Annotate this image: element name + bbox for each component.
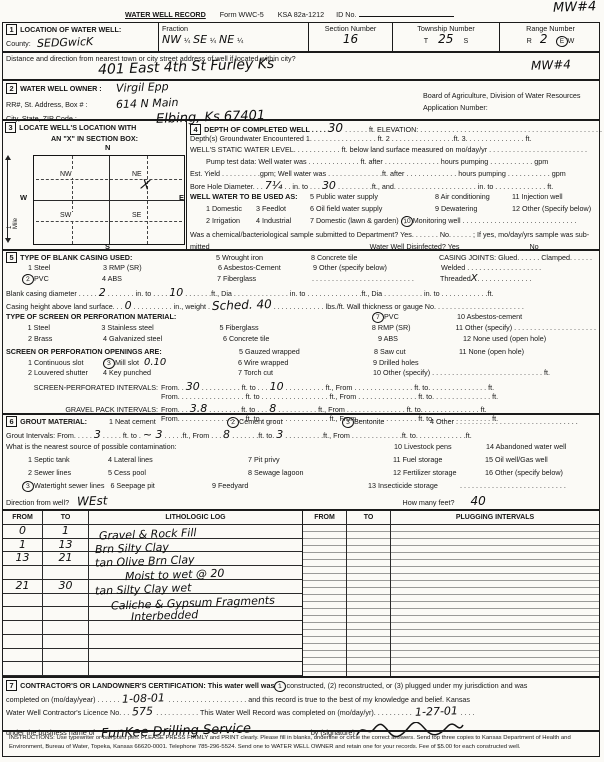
range-w: W <box>568 36 575 45</box>
section-map-box: 3LOCATE WELL'S LOCATION WITH AN "X" IN S… <box>3 121 187 249</box>
log-to <box>43 566 89 580</box>
grout-option-bentonite: Bentonite <box>354 417 384 426</box>
contamination-option: 14 Abandoned water well <box>486 442 596 451</box>
casing-diameter-label: Blank casing diameter . . . . . <box>6 289 97 298</box>
est-yield-line: Est. Yield . . . . . . . . . .gpm; Well … <box>190 169 566 178</box>
dotted-leader: . . . . .ft., From . . . <box>165 431 222 440</box>
contamination-option: 13 Insecticide storage <box>368 481 460 490</box>
grout-to-2: 3 <box>276 429 283 440</box>
grout-to-1: ~ 3 <box>143 429 163 440</box>
screen-interval-to-value: 10 <box>270 381 284 392</box>
casing-joints-label: CASING JOINTS: Glued. . . . . . Clamped.… <box>439 253 596 262</box>
quadrant-se: SE <box>130 212 143 219</box>
screen-option: 6 Concrete tile <box>223 334 378 343</box>
use-option: 8 Air conditioning <box>435 192 512 201</box>
dotted-leader: . . . . . ft. to . <box>103 431 141 440</box>
form-number: Form WWC-5 <box>220 10 264 19</box>
licence-label: Water Well Contractor's Licence No. . . <box>6 708 129 717</box>
grout-from-1: 3 <box>94 429 101 440</box>
owner-name-value: Virgil Epp <box>116 81 169 94</box>
use-option: 11 Injection well <box>512 192 596 201</box>
log-desc <box>89 621 302 635</box>
quadrant-nw: NW <box>58 171 74 178</box>
grout-intervals-label: Grout Intervals: From. . . . . <box>6 431 92 440</box>
certification-text: constructed, (2) reconstructed, or (3) p… <box>286 681 527 690</box>
screen-option: 1 Steel <box>28 323 102 332</box>
dotted-leader: . . . . . . . . . . . . . . . . . . . . … <box>312 274 440 283</box>
opening-option-mill-slot: Mill slot <box>115 358 139 367</box>
grid-dashed-line <box>36 179 182 180</box>
casing-option: 9 Other (specify below) <box>313 263 441 272</box>
one-mile-label: 1 Mile <box>7 218 19 229</box>
section-number-value: 16 <box>343 33 358 45</box>
grout-title: GROUT MATERIAL: <box>20 417 87 426</box>
depth-info-box: 4DEPTH OF COMPLETED WELL . . . .30. . . … <box>187 121 599 255</box>
dotted-leader: . . . . . . . . . . . . . . <box>478 274 532 283</box>
log-from <box>3 621 43 635</box>
use-option: 7 Domestic (lawn & garden) <box>310 216 399 225</box>
county-label: County: <box>6 39 31 48</box>
owner-address-label: RR#, St. Address, Box # : <box>6 100 116 109</box>
compass-w: W <box>20 193 27 202</box>
range-cell: Range Number R2EW <box>500 23 601 51</box>
contamination-option: 16 Other (specify below) <box>485 468 596 477</box>
use-option-monitoring-well: Monitoring well . . . . . . . . . . . . … <box>413 216 577 225</box>
threaded-x-mark: X <box>471 274 478 284</box>
grout-option-3-circled: 3 <box>342 417 355 429</box>
screen-option: 8 RMP (SR) <box>372 323 456 332</box>
dotted-leader: . . . . . . . . . .ft., From . . . . . .… <box>285 431 472 440</box>
section-7-number: 7 <box>6 680 17 691</box>
opening-option: 1 Continuous slot <box>28 358 103 367</box>
section-2-number: 2 <box>6 83 17 94</box>
contamination-option: 6 Seepage pit <box>110 481 154 490</box>
fraction-label: Fraction <box>162 24 188 33</box>
contamination-option: 9 Feedyard <box>178 481 338 490</box>
address-line-section: Distance and direction from nearest town… <box>2 52 600 80</box>
log-from <box>3 649 43 663</box>
contamination-option: 12 Fertilizer storage <box>393 468 485 477</box>
use-option: 4 Industrial <box>256 216 296 225</box>
gravel-interval-from-value: 3.8 <box>190 403 208 414</box>
static-water-line: WELL'S STATIC WATER LEVEL. . . . . . . .… <box>190 145 587 154</box>
grid-dashed-line <box>147 156 148 244</box>
opening-option: 7 Torch cut <box>238 368 373 377</box>
log-to <box>43 662 89 676</box>
log-from <box>3 662 43 676</box>
screen-option: 5 Fiberglass <box>219 323 371 332</box>
contamination-option-3-circled: 3 <box>22 481 35 493</box>
dotted-leader: . . . . . . .ft. to. <box>232 431 274 440</box>
screen-option: 10 Asbestos-cement <box>457 312 596 321</box>
range-label: Range Number <box>526 24 575 33</box>
casing-joint-threaded: Threaded <box>440 274 471 283</box>
plug-to-column <box>347 525 391 676</box>
dotted-leader: . . . . . . .ft., Dia . . . . . . . . . … <box>185 289 493 298</box>
casing-option: 7 Fiberglass <box>217 274 312 283</box>
screen-option: 3 Stainless steel <box>101 323 219 332</box>
contamination-option: 15 Oil well/Gas well <box>485 455 596 464</box>
dotted-leader: From. . <box>161 383 184 392</box>
opening-option: 10 Other (specify) . . . . . . . . . . .… <box>373 368 596 377</box>
log-to: 1 <box>43 525 89 539</box>
section-grid-box: NW NE SW SE X <box>33 155 185 245</box>
contamination-option: 8 Sewage lagoon <box>248 468 393 477</box>
log-to: 21 <box>43 552 89 566</box>
quarter-mark: ¼ <box>184 36 190 45</box>
compass-n: N <box>105 143 110 152</box>
grout-option: 1 Neat cement <box>109 417 227 426</box>
log-header-to: TO <box>43 511 89 525</box>
instructions-line-2: Environment, Bureau of Water, Topeka, Ka… <box>9 743 593 752</box>
section-3-number: 3 <box>5 122 16 133</box>
dotted-leader: From. . . <box>161 405 188 414</box>
township-s: S <box>463 36 468 45</box>
casing-option: 6 Asbestos-Cement <box>218 263 313 272</box>
contamination-option: 5 Cess pool <box>108 468 248 477</box>
fraction-1: NW <box>162 34 181 45</box>
lithologic-log-left: FROM TO LITHOLOGIC LOG 0 1 Gravel & Rock… <box>3 511 303 676</box>
use-option: 2 Irrigation <box>206 216 256 225</box>
grout-option-cement: Cement grout <box>239 417 283 426</box>
log-to <box>43 635 89 649</box>
opening-option: 6 Wire wrapped <box>238 358 373 367</box>
screen-intervals-label: SCREEN-PERFORATED INTERVALS: <box>6 383 161 392</box>
dotted-leader: . . . . . . . . . . . . . . . . . . . . … <box>460 481 596 490</box>
screen-material-title: TYPE OF SCREEN OR PERFORATION MATERIAL: <box>6 312 372 321</box>
id-number-blank <box>359 8 454 17</box>
log-to: 30 <box>43 580 89 594</box>
log-header-from: FROM <box>3 511 43 525</box>
dotted-leader: . . . . . . . . .ft., and. . . . . . . .… <box>338 182 553 191</box>
bore-diameter-value: 7¼ <box>265 180 283 191</box>
opening-option: 11 None (open hole) <box>459 347 596 356</box>
range-east-circled: E <box>555 36 568 48</box>
screen-option: 9 ABS <box>378 334 463 343</box>
grid-dashed-line <box>36 221 182 222</box>
pump-test-line: Pump test data: Well water was . . . . .… <box>206 157 548 166</box>
log-from: 1 <box>3 539 43 553</box>
grout-option-2-circled: 2 <box>227 417 240 429</box>
contamination-option: 1 Septic tank <box>28 455 108 464</box>
plugging-intervals-right: FROM TO PLUGGING INTERVALS <box>303 511 599 676</box>
owner-section: 2WATER WELL OWNER :Virgil Epp RR#, St. A… <box>2 80 600 120</box>
certification-section: 7CONTRACTOR'S OR LANDOWNER'S CERTIFICATI… <box>2 677 600 731</box>
feet-value: 40 <box>470 495 485 507</box>
casing-option: 4 ABS <box>102 274 217 283</box>
location-title: LOCATION OF WATER WELL: <box>20 25 121 34</box>
bore-hole-label: Bore Hole Diameter. . . <box>190 182 263 191</box>
opening-option: 8 Saw cut <box>374 347 459 356</box>
log-from: 0 <box>3 525 43 539</box>
well-location-x-mark: X <box>140 178 151 192</box>
log-from <box>3 594 43 608</box>
record-completed-label: . . . . . . . . . . . This Water Well Re… <box>156 708 412 717</box>
grout-from-2: 8 <box>223 429 230 440</box>
dotted-leader: . . . . . . . in. to . . . . <box>108 289 168 298</box>
depth-label: DEPTH OF COMPLETED WELL . . . . <box>204 125 326 134</box>
use-option: 1 Domestic <box>206 204 256 213</box>
contamination-option: 4 Lateral lines <box>108 455 248 464</box>
dotted-leader: . . . . . . . . . . ft. to . . . <box>202 383 268 392</box>
weight-label: . . . . . . . . . . in., weight . <box>134 302 210 311</box>
fraction-cell: Fraction NW¼ SE¼ NE¼ <box>159 23 309 51</box>
well-id-handwritten-top: MW#4 <box>553 0 597 15</box>
dotted-leader: . . . . . . . . . . ft., From . . . . . … <box>278 405 486 414</box>
direction-value: WEst <box>77 494 108 507</box>
log-desc <box>89 635 302 649</box>
dotted-leader: From. . . . . . . . . . . . . . . . . ft… <box>161 392 498 401</box>
range-value: 2 <box>540 33 548 45</box>
log-from <box>3 607 43 621</box>
record-date-value: 1-27-01 <box>415 705 458 717</box>
lithologic-log-table: FROM TO LITHOLOGIC LOG 0 1 Gravel & Rock… <box>2 510 600 677</box>
opening-option: 9 Drilled holes <box>373 358 596 367</box>
dotted-leader: . . in. to . . . <box>284 182 320 191</box>
log-from <box>3 635 43 649</box>
plug-intervals-column <box>391 525 599 676</box>
use-option: 12 Other (Specify below) <box>512 204 596 213</box>
certification-title: CONTRACTOR'S OR LANDOWNER'S CERTIFICATIO… <box>20 681 274 690</box>
screen-interval-from-value: 30 <box>186 381 200 392</box>
grout-option: 4 Other . . . . . . . . . . . . . . . . … <box>430 417 596 426</box>
casing-option-pvc: PVC <box>34 274 49 283</box>
grid-line <box>34 200 184 201</box>
grout-section: 6GROUT MATERIAL:1 Neat cement2Cement gro… <box>2 414 600 510</box>
use-option: 3 Feedlot <box>256 204 296 213</box>
use-option-10-circled: 10 <box>400 215 413 227</box>
licence-number-value: 575 <box>132 706 153 718</box>
log-to <box>43 621 89 635</box>
casing-option-2-circled: 2 <box>22 273 35 285</box>
ksa-reference: KSA 82a-1212 <box>278 10 324 19</box>
bore-depth-value: 30 <box>322 180 336 191</box>
elevation-label: . . . . . . ft. ELEVATION: . . . . . . .… <box>345 125 604 134</box>
log-from: 21 <box>3 580 43 594</box>
casing-joint-welded: Welded . . . . . . . . . . . . . . . . .… <box>441 263 596 272</box>
dotted-leader: . . . . . . . . . . . . . lbs./ft. Wall … <box>274 302 524 311</box>
casing-option: 5 Wrought iron <box>216 253 311 262</box>
township-t: T <box>424 36 428 45</box>
section-6-number: 6 <box>6 416 17 427</box>
contamination-option: 10 Livestock pens <box>394 442 486 451</box>
screen-option: 11 Other (specify) . . . . . . . . . . .… <box>456 323 596 332</box>
quadrant-sw: SW <box>58 212 73 219</box>
water-well-record-form: WATER WELL RECORD Form WWC-5 KSA 82a-121… <box>0 0 604 762</box>
groundwater-line: Depth(s) Groundwater Encountered 1. . . … <box>190 134 532 143</box>
used-as-title: WELL WATER TO BE USED AS: <box>190 192 310 201</box>
form-title: WATER WELL RECORD <box>125 10 206 19</box>
plug-header-to: TO <box>347 511 391 525</box>
opening-option: 2 Louvered shutter <box>28 368 103 377</box>
use-option: 9 Dewatering <box>435 204 512 213</box>
casing-title: TYPE OF BLANK CASING USED: <box>20 253 132 262</box>
casing-depth-value: 10 <box>169 287 183 298</box>
log-to <box>43 649 89 663</box>
log-to <box>43 594 89 608</box>
owner-address-value: 614 N Main <box>116 97 179 110</box>
map-and-depth-section: 3LOCATE WELL'S LOCATION WITH AN "X" IN S… <box>2 120 600 250</box>
completed-date-value: 1-08-01 <box>122 692 165 704</box>
screen-option: 2 Brass <box>28 334 103 343</box>
map-title-line2: AN "X" IN SECTION BOX: <box>51 134 138 143</box>
casing-section: 5TYPE OF BLANK CASING USED:5 Wrought iro… <box>2 250 600 414</box>
map-title-line1: LOCATE WELL'S LOCATION WITH <box>19 123 136 132</box>
screen-option: 4 Galvanized steel <box>103 334 223 343</box>
how-many-feet-label: How many feet? <box>403 498 455 507</box>
log-desc <box>89 662 302 676</box>
well-id-handwritten-addr: MW#4 <box>531 58 571 71</box>
form-header: WATER WELL RECORD Form WWC-5 KSA 82a-121… <box>125 8 454 19</box>
board-of-agriculture-text: Board of Agriculture, Division of Water … <box>423 91 581 100</box>
range-r: R <box>527 36 532 45</box>
agency-block: Board of Agriculture, Division of Water … <box>423 91 581 112</box>
completed-date-label: completed on (mo/day/year) . . . . . . <box>6 695 119 704</box>
casing-height-label: Casing height above land surface. . . <box>6 302 123 311</box>
township-cell: Township Number T25S <box>393 23 500 51</box>
contamination-option: 7 Pit privy <box>248 455 393 464</box>
casing-option: 8 Concrete tile <box>311 253 439 262</box>
log-from <box>3 566 43 580</box>
contamination-option: 2 Sewer lines <box>28 468 108 477</box>
opening-option: 5 Gauzed wrapped <box>239 347 374 356</box>
plug-from-column <box>303 525 347 676</box>
plug-header-from: FROM <box>303 511 347 525</box>
one-mile-arrow: 1 Mile <box>7 157 8 241</box>
section-number-cell: Section Number 16 <box>309 23 393 51</box>
section-5-number: 5 <box>6 252 17 263</box>
fraction-2: SE <box>193 34 207 45</box>
screen-option: 12 None used (open hole) <box>463 334 596 343</box>
section-1-number: 1 <box>6 24 17 35</box>
contamination-question: What is the nearest source of possible c… <box>6 442 394 451</box>
openings-title: SCREEN OR PERFORATION OPENINGS ARE: <box>6 347 239 356</box>
use-option: 6 Oil field water supply <box>310 204 435 213</box>
quarter-mark: ¼ <box>210 36 216 45</box>
instructions-section: INSTRUCTIONS: Use typewriter or ball poi… <box>2 731 600 757</box>
county-value: SEDGwicK <box>37 36 94 49</box>
county-cell: 1LOCATION OF WATER WELL: County:SEDGwicK <box>3 23 159 51</box>
screen-option-7-circled: 7 <box>372 312 385 324</box>
instructions-line-1: INSTRUCTIONS: Use typewriter or ball poi… <box>9 734 593 743</box>
grid-dashed-line <box>72 156 73 244</box>
casing-height-value: 0 <box>125 300 132 311</box>
casing-option: 3 RMP (SR) <box>103 263 218 272</box>
log-header-lithologic: LITHOLOGIC LOG <box>89 511 302 525</box>
contamination-option: 11 Fuel storage <box>393 455 485 464</box>
certification-text: . . . . . . . . . . . . . . . . . . . . … <box>168 695 470 704</box>
gravel-pack-label: GRAVEL PACK INTERVALS: <box>6 405 161 414</box>
log-from: 13 <box>3 552 43 566</box>
log-desc: Gravel & Rock Fill <box>89 525 302 539</box>
casing-weight-value: Sched. 40 <box>212 298 272 312</box>
depth-value: 30 <box>328 122 343 134</box>
dotted-leader: . . . . . . . . ft. to . . . <box>209 405 267 414</box>
owner-title: WATER WELL OWNER : <box>20 84 102 93</box>
sample-submitted-line: Was a chemical/bacteriological sample su… <box>190 230 589 239</box>
opening-option-3-circled: 3 <box>103 357 116 369</box>
contamination-option-watertight: Watertight sewer lines <box>34 481 104 490</box>
direction-label: Direction from well? <box>6 498 69 507</box>
use-option: 5 Public water supply <box>310 192 435 201</box>
constructed-1-circled: 1 <box>274 681 287 693</box>
opening-option: 4 Key punched <box>103 368 238 377</box>
township-value: 25 <box>438 33 453 45</box>
casing-option: 1 Steel <box>28 263 103 272</box>
casing-diameter-value: 2 <box>99 287 106 298</box>
log-desc <box>89 649 302 663</box>
id-number-label: ID No. <box>336 10 356 19</box>
dotted-leader: . . . . . . . . . . ft., From . . . . . … <box>286 383 494 392</box>
mill-slot-size-value: 0.10 <box>144 357 166 368</box>
plug-header-intervals: PLUGGING INTERVALS <box>391 511 599 525</box>
screen-option-pvc: PVC <box>384 312 399 321</box>
fraction-3: NE <box>219 34 234 45</box>
gravel-interval-to-value: 8 <box>269 403 276 414</box>
application-number-label: Application Number: <box>423 103 581 112</box>
log-to <box>43 607 89 621</box>
dotted-leader: . . . . <box>461 708 475 717</box>
log-to: 13 <box>43 539 89 553</box>
location-section: 1LOCATION OF WATER WELL: County:SEDGwicK… <box>2 22 600 52</box>
quarter-mark: ¼ <box>237 36 243 45</box>
